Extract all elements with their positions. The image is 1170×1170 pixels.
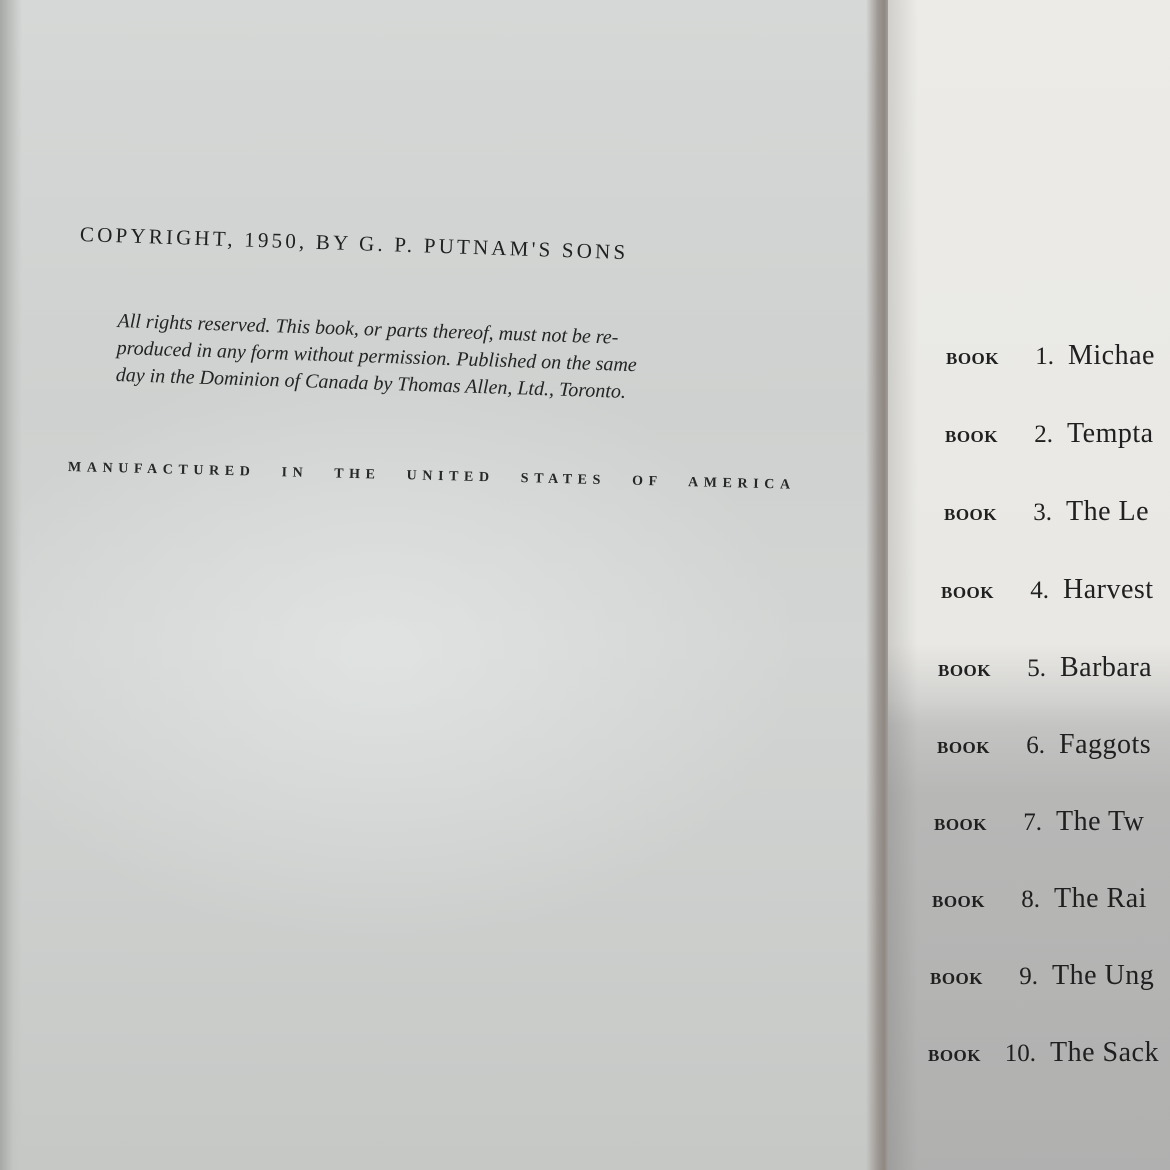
toc-title: The Sack [1050, 1037, 1159, 1069]
manufactured-word: UNITED [406, 468, 494, 485]
toc-title: The Tw [1056, 806, 1144, 838]
toc-number: 7. [996, 809, 1056, 837]
toc-entry: BOOK 4. Harvest [941, 574, 1154, 606]
toc-number: 4. [1003, 577, 1063, 605]
toc-title: Faggots [1059, 729, 1151, 761]
toc-entry: BOOK 1. Michae [946, 340, 1155, 372]
manufactured-word: THE [334, 467, 381, 483]
toc-book-label: BOOK [945, 427, 1007, 447]
manufactured-line: MANUFACTURED IN THE UNITED STATES OF AME… [68, 460, 796, 494]
toc-entry: BOOK 9. The Ung [930, 960, 1154, 992]
left-page: COPYRIGHT, 1950, BY G. P. PUTNAM'S SONS … [0, 0, 882, 1170]
toc-book-label: BOOK [937, 738, 999, 758]
toc-number: 5. [1000, 655, 1060, 683]
toc-book-label: BOOK [928, 1046, 990, 1066]
toc-title: Michae [1068, 340, 1155, 372]
toc-title: Harvest [1063, 574, 1154, 606]
manufactured-word: STATES [521, 471, 607, 488]
manufactured-word: AMERICA [688, 475, 796, 493]
toc-entry: BOOK 3. The Le [944, 496, 1149, 528]
toc-book-label: BOOK [941, 583, 1003, 603]
toc-entry: BOOK 8. The Rai [932, 883, 1147, 915]
toc-entry: BOOK 6. Faggots [937, 729, 1151, 761]
toc-title: The Rai [1054, 883, 1147, 915]
toc-title: Tempta [1067, 418, 1154, 450]
toc-book-label: BOOK [930, 969, 992, 989]
toc-entry: BOOK 2. Tempta [945, 418, 1154, 450]
toc-number: 9. [992, 963, 1052, 991]
toc-number: 6. [999, 732, 1059, 760]
toc-number: 2. [1007, 421, 1067, 449]
toc-entry: BOOK 10. The Sack [928, 1037, 1159, 1069]
toc-title: Barbara [1060, 652, 1152, 684]
toc-number: 3. [1006, 499, 1066, 527]
manufactured-word: MANUFACTURED [68, 460, 256, 480]
toc-title: The Le [1066, 496, 1149, 528]
toc-number: 1. [1008, 343, 1068, 371]
toc-book-label: BOOK [932, 892, 994, 912]
toc-title: The Ung [1052, 960, 1154, 992]
toc-book-label: BOOK [938, 661, 1000, 681]
toc-book-label: BOOK [944, 505, 1006, 525]
manufactured-word: IN [281, 465, 308, 481]
manufactured-word: OF [632, 474, 663, 490]
toc-entry: BOOK 7. The Tw [934, 806, 1144, 838]
right-page: BOOK 1. Michae BOOK 2. Tempta BOOK 3. Th… [888, 0, 1170, 1170]
toc-book-label: BOOK [946, 349, 1008, 369]
table-of-contents: BOOK 1. Michae BOOK 2. Tempta BOOK 3. Th… [888, 0, 1170, 1170]
toc-entry: BOOK 5. Barbara [938, 652, 1152, 684]
rights-notice: All rights reserved. This book, or parts… [115, 308, 777, 411]
toc-number: 10. [990, 1040, 1050, 1068]
toc-number: 8. [994, 886, 1054, 914]
toc-book-label: BOOK [934, 815, 996, 835]
copyright-line: COPYRIGHT, 1950, BY G. P. PUTNAM'S SONS [80, 222, 820, 272]
